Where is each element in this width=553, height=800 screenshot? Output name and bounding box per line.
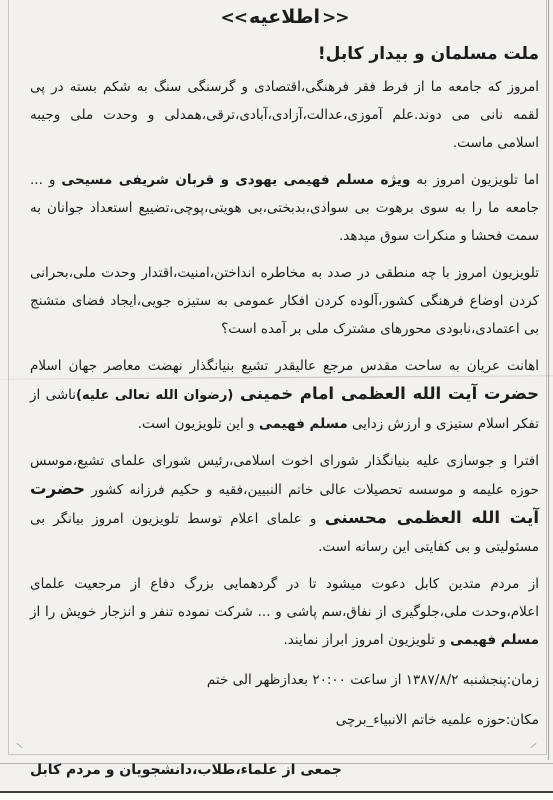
title-text: اطلاعیه xyxy=(249,6,320,28)
paragraph: اما تلویزیون امروز به ویژه مسلم فهیمی یه… xyxy=(30,166,539,250)
scan-bottom-band xyxy=(0,793,553,800)
text-run: امروز که جامعه ما از فرط فقر فرهنگی،اقتص… xyxy=(30,79,539,151)
text-run: اما تلویزیون امروز به xyxy=(410,172,539,188)
headline: ملت مسلمان و بیدار کابل! xyxy=(30,44,539,64)
text-run: و این تلویزیون است. xyxy=(138,416,259,432)
text-run: و تلویزیون امروز ابراز نمایند. xyxy=(284,632,451,648)
paragraph: امروز که جامعه ما از فرط فقر فرهنگی،اقتص… xyxy=(30,73,539,157)
scanned-announcement-page: << اطلاعیه >> ملت مسلمان و بیدار کابل! ا… xyxy=(0,0,553,800)
paragraph: افترا و جوسازی علیه بنیانگذار شورای اخوت… xyxy=(30,447,539,561)
text-run: حضرت آیت الله العظمی امام خمینی xyxy=(233,384,539,403)
time-line: زمان:پنجشنبه ۱۳۸۷/۸/۲ از ساعت ۲۰:۰۰ بعدا… xyxy=(30,666,539,694)
text-run: مسلم فهیمی xyxy=(259,416,348,432)
text-run: مسلم فهیمی xyxy=(450,632,539,648)
paragraphs: امروز که جامعه ما از فرط فقر فرهنگی،اقتص… xyxy=(30,73,539,654)
paragraph: تلویزیون امروز با چه منطقی در صدد به مخا… xyxy=(30,259,539,343)
document-content: << اطلاعیه >> ملت مسلمان و بیدار کابل! ا… xyxy=(0,0,553,778)
paragraph: از مردم متدین کابل دعوت میشود تا در گرده… xyxy=(30,570,539,654)
text-run: ویژه مسلم فهیمی یهودی و قربان شریفی مسیح… xyxy=(61,172,410,188)
document-title: << اطلاعیه >> xyxy=(30,6,539,28)
place-line: مکان:حوزه علمیه خاتم الانبیاء_برچی xyxy=(30,706,539,734)
title-angle-right: >> xyxy=(322,8,349,28)
text-run: از مردم متدین کابل دعوت میشود تا در گرده… xyxy=(30,576,539,620)
text-run: (رضوان الله تعالی علیه) xyxy=(76,388,233,403)
signature-line: جمعی از علماء،طلاب،دانشجویان و مردم کابل xyxy=(30,762,539,778)
paragraph: اهانت عریان به ساحت مقدس مرجع عالیقدر تش… xyxy=(30,352,539,438)
text-run: اهانت عریان به ساحت مقدس مرجع عالیقدر تش… xyxy=(30,358,539,374)
text-run: تلویزیون امروز با چه منطقی در صدد به مخا… xyxy=(30,265,539,337)
text-run: افترا و جوسازی علیه بنیانگذار شورای اخوت… xyxy=(30,453,539,498)
title-angle-left: << xyxy=(220,8,247,28)
